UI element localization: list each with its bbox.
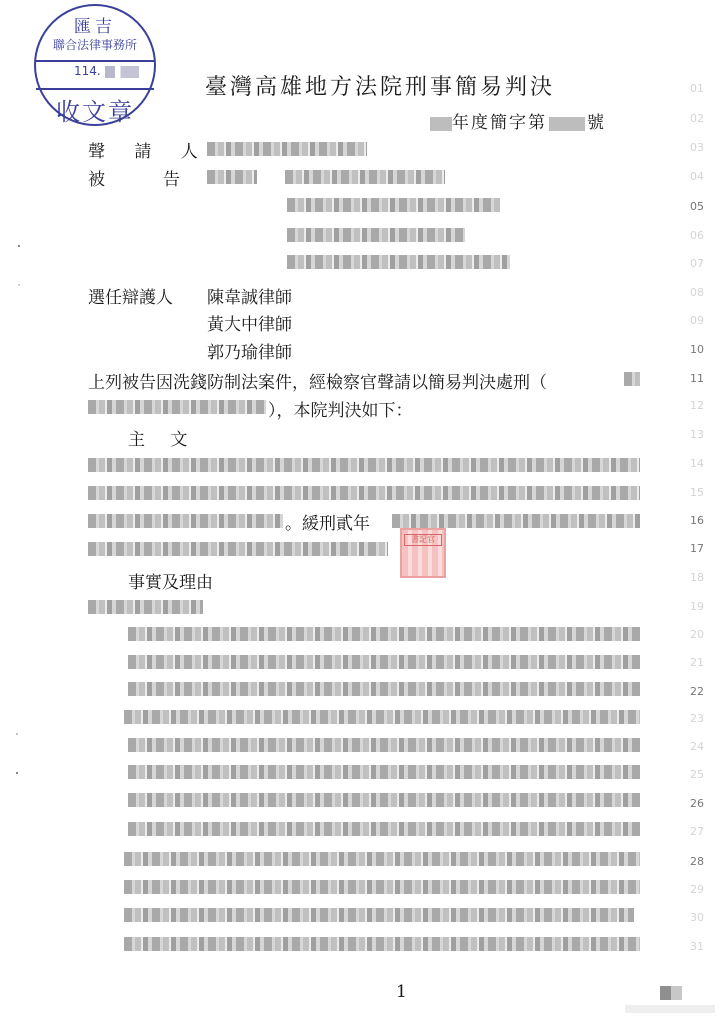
line-number: 08 [690, 286, 714, 299]
line-number: 24 [690, 740, 714, 753]
redacted-main-line-15 [88, 486, 640, 500]
redacted-prosecution-ref-1 [624, 372, 640, 386]
redacted-year [430, 117, 452, 131]
scan-speck [16, 733, 18, 735]
redacted-defendant-address-1 [287, 228, 465, 242]
probation-text: 。緩刑貳年 [285, 509, 370, 534]
line-number: 15 [690, 486, 714, 499]
redacted-facts-line-22 [128, 682, 640, 696]
defendant-label-2: 告 [163, 165, 180, 190]
redacted-main-line-17 [88, 542, 388, 556]
section-main-heading: 主 文 [128, 425, 197, 450]
redacted-defendant-id [287, 198, 500, 212]
redacted-main-line-14 [88, 458, 640, 472]
line-number: 25 [690, 768, 714, 781]
line-number: 29 [690, 883, 714, 896]
redacted-facts-line-27 [128, 822, 640, 836]
redacted-prosecution-ref-2 [88, 400, 266, 414]
redacted-footer-text [625, 1005, 715, 1013]
stamp-firm-name: 匯吉 [36, 12, 154, 37]
intro-text-2: ），本院判決如下： [268, 396, 413, 421]
line-number: 09 [690, 314, 714, 327]
redacted-date [105, 66, 139, 78]
line-number: 05 [690, 200, 714, 213]
stamp-firm-type: 聯合法律事務所 [36, 36, 154, 53]
clerk-seal-label: 書記官 [404, 534, 442, 546]
line-number: 20 [690, 628, 714, 641]
document-title: 臺灣高雄地方法院刑事簡易判決 [205, 70, 555, 101]
line-number: 01 [690, 82, 714, 95]
redacted-case-no [549, 117, 585, 131]
redacted-applicant [207, 142, 367, 156]
line-number: 23 [690, 712, 714, 725]
line-number: 13 [690, 428, 714, 441]
redacted-facts-line-25 [128, 765, 640, 779]
line-number: 19 [690, 600, 714, 613]
line-number: 26 [690, 797, 714, 810]
counsel-1: 陳韋誠律師 [207, 283, 292, 308]
line-number: 17 [690, 542, 714, 555]
redacted-facts-line-21 [128, 655, 640, 669]
redacted-main-line-16a [88, 514, 283, 528]
line-number: 14 [690, 457, 714, 470]
redacted-footer-code [660, 986, 682, 1000]
line-number: 06 [690, 229, 714, 242]
line-number: 27 [690, 825, 714, 838]
stamp-date: 114. [74, 64, 139, 78]
line-number: 11 [690, 372, 714, 385]
line-number: 22 [690, 685, 714, 698]
line-number: 10 [690, 343, 714, 356]
case-number: 年度簡字第號 [430, 108, 606, 133]
line-number: 02 [690, 112, 714, 125]
counsel-2: 黃大中律師 [207, 310, 292, 335]
line-number: 21 [690, 656, 714, 669]
redacted-main-line-16b [392, 514, 640, 528]
redacted-facts-line-20 [128, 627, 640, 641]
line-number: 03 [690, 141, 714, 154]
redacted-facts-line-24 [128, 738, 640, 752]
scan-speck [18, 284, 20, 286]
redacted-defendant-info [285, 170, 445, 184]
line-number: 04 [690, 170, 714, 183]
applicant-label: 聲 請 人 [88, 137, 210, 162]
line-number: 16 [690, 514, 714, 527]
line-number: 30 [690, 911, 714, 924]
counsel-3: 郭乃瑜律師 [207, 338, 292, 363]
redacted-facts-line-23 [124, 710, 640, 724]
redacted-defendant-name [207, 170, 257, 184]
redacted-facts-subheading [88, 600, 203, 614]
redacted-facts-line-28 [124, 852, 640, 866]
scan-speck [18, 245, 20, 247]
defendant-label-1: 被 [88, 165, 105, 190]
redacted-facts-line-31 [124, 937, 640, 951]
line-number: 12 [690, 399, 714, 412]
intro-text-1: 上列被告因洗錢防制法案件，經檢察官聲請以簡易判決處刑（ [88, 368, 547, 393]
stamp-label: 收文章 [36, 92, 154, 127]
section-facts-heading: 事實及理由 [128, 568, 213, 593]
redacted-facts-line-26 [128, 793, 640, 807]
clerk-seal: 書記官 [400, 528, 446, 578]
received-stamp: 匯吉 聯合法律事務所 114. 收文章 [34, 4, 156, 126]
counsel-label: 選任辯護人 [88, 283, 173, 308]
page-number: 1 [396, 982, 407, 1002]
line-number: 31 [690, 940, 714, 953]
redacted-facts-line-29 [124, 880, 640, 894]
line-number: 18 [690, 571, 714, 584]
redacted-defendant-address-2 [287, 255, 510, 269]
line-number: 07 [690, 257, 714, 270]
redacted-facts-line-30 [124, 908, 634, 922]
scan-speck [16, 772, 18, 774]
line-number: 28 [690, 855, 714, 868]
